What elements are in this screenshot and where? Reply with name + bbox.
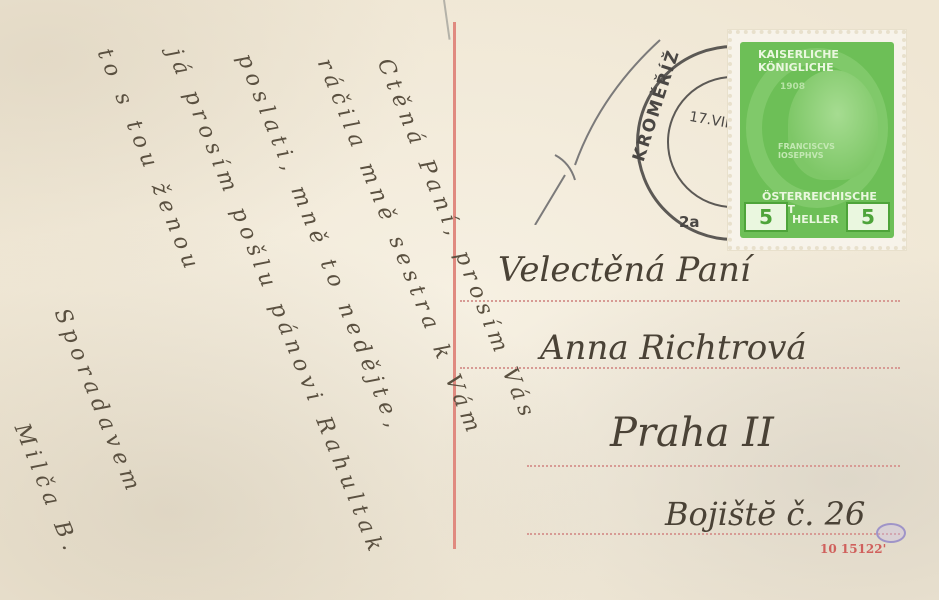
stamp-year: 1908 bbox=[780, 82, 805, 92]
stamp-value-right: 5 bbox=[846, 202, 890, 232]
stamp-top-text: KAISERLICHE KÖNIGLICHE bbox=[758, 48, 894, 74]
address-line-3 bbox=[527, 465, 900, 467]
stamp-currency: HELLER bbox=[792, 213, 839, 226]
address-salutation: Velectěná Paní bbox=[498, 250, 751, 290]
postmark-number: 2a bbox=[679, 213, 700, 231]
signature: Milča B. bbox=[9, 420, 85, 559]
address-name: Anna Richtrová bbox=[540, 328, 807, 368]
address-line-1 bbox=[460, 300, 900, 302]
message-line: Sporadavem bbox=[49, 305, 147, 499]
address-street: Bojištĕ č. 26 bbox=[665, 495, 865, 533]
stamp-face: KAISERLICHE KÖNIGLICHE 1908 FRANCISCVS I… bbox=[740, 42, 894, 238]
violet-ink-mark bbox=[876, 523, 906, 543]
postcard: Ctěná Paní, prosím Vás ráčila mně sestra… bbox=[0, 0, 939, 600]
postage-stamp: KAISERLICHE KÖNIGLICHE 1908 FRANCISCVS I… bbox=[728, 30, 906, 250]
stamp-portrait-text: FRANCISCVS IOSEPHVS bbox=[778, 142, 818, 160]
stamp-value-left: 5 bbox=[744, 202, 788, 232]
serial-number: 10 15122' bbox=[820, 542, 886, 556]
address-line-4 bbox=[527, 533, 900, 535]
divider-line bbox=[453, 22, 456, 549]
paper-crease bbox=[443, 0, 451, 40]
message-area: Ctěná Paní, prosím Vás ráčila mně sestra… bbox=[10, 40, 430, 600]
address-city: Praha II bbox=[610, 410, 774, 456]
